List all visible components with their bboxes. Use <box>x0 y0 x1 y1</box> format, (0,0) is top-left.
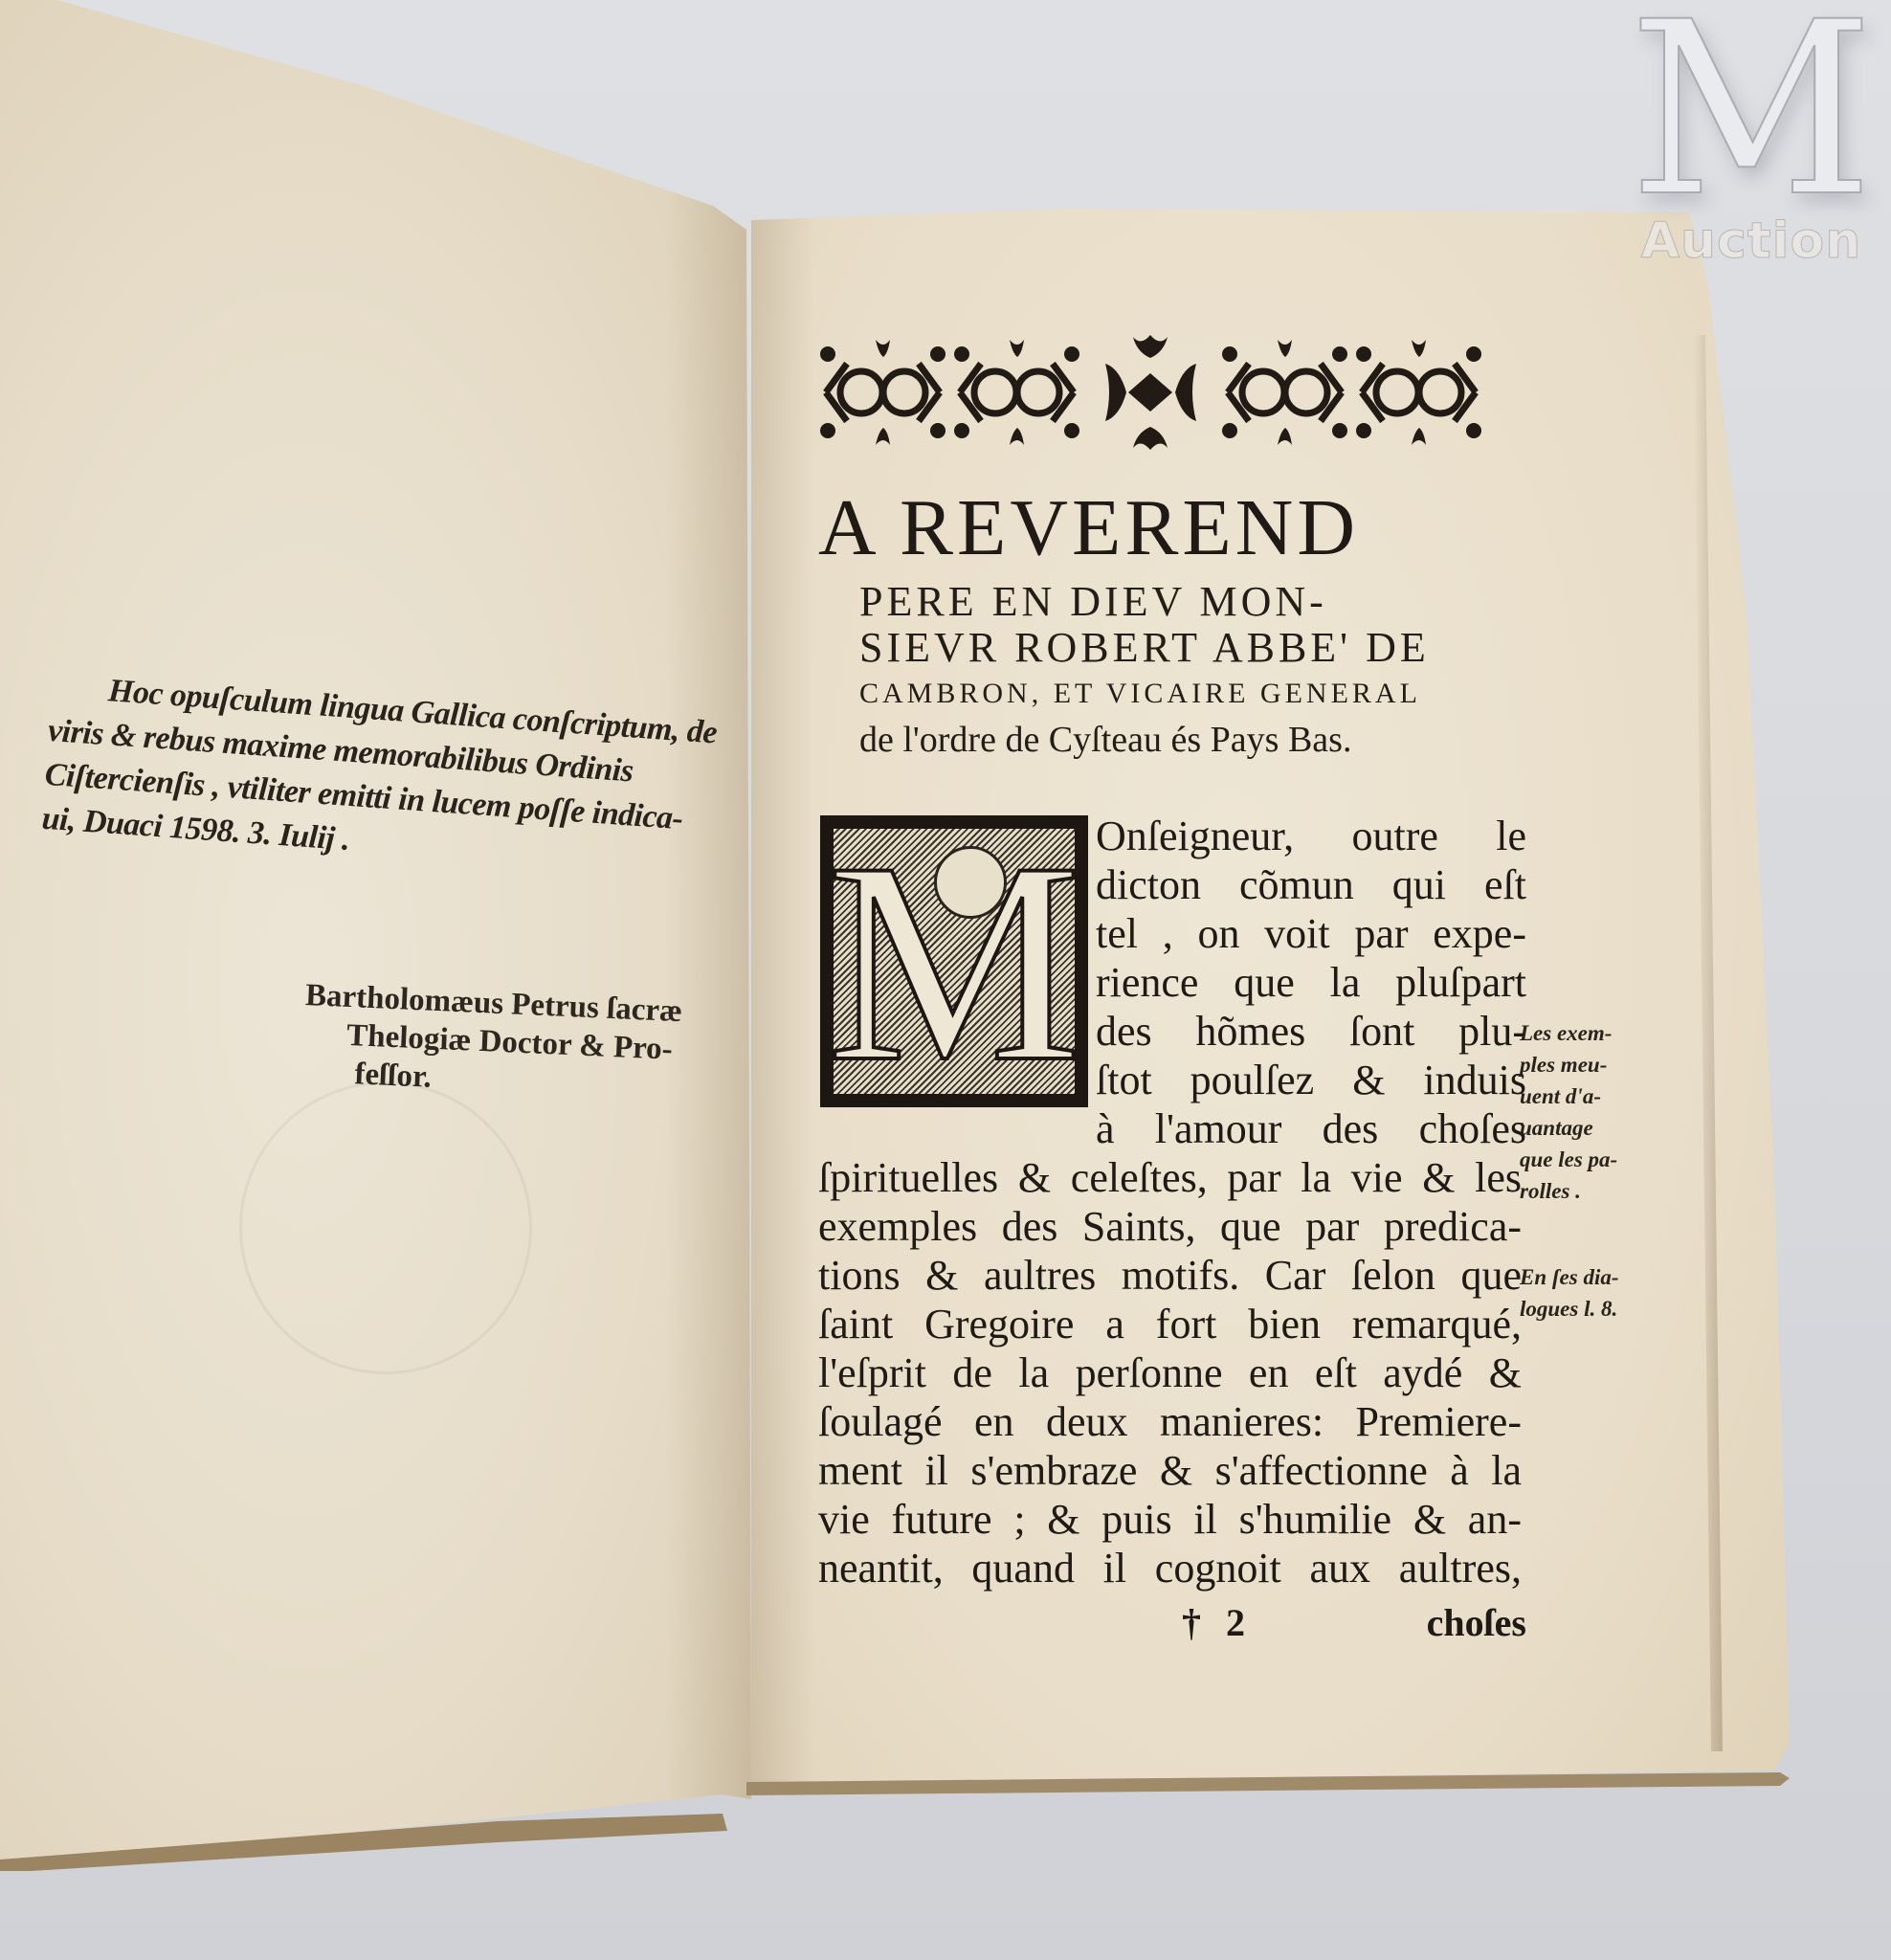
marginal-note: Les exem- ples meu- uent d'a- uantage qu… <box>1520 1017 1617 1207</box>
ornament-icon <box>1354 335 1483 450</box>
subtitle-line: SIEVR ROBERT ABBE' DE <box>859 625 1510 671</box>
photo-scene: Hoc opuſculum lingua Gallica conſcriptum… <box>0 0 1891 1960</box>
watermark-word: Auction <box>1622 212 1880 270</box>
body-line: ſpirituelles & celeſtes, par la vie & le… <box>818 1153 1522 1202</box>
marginal-note-line: ples meu- <box>1520 1049 1617 1080</box>
page-footer: † 2 choſes <box>1182 1600 1526 1645</box>
body-line: rience que la pluſpart <box>1096 958 1526 1007</box>
approbation-signature: Bartholomæus Petrus ſacræ Thelogiæ Docto… <box>301 976 756 1110</box>
marginal-note-line: logues l. 8. <box>1520 1293 1619 1325</box>
body-line: des hõmes ſont plu- <box>1096 1007 1526 1056</box>
body-line: ment il s'embraze & s'affectionne à la <box>818 1446 1522 1495</box>
body-line: neantit, quand il cognoit aux aultres, <box>818 1544 1522 1592</box>
auction-watermark-logo: M Auction <box>1622 10 1880 268</box>
dedication-title: A REVEREND <box>818 488 1359 568</box>
body-line: dicton cõmun qui eſt <box>1096 860 1526 909</box>
body-line: Onſeigneur, outre le <box>1096 812 1526 860</box>
marginal-note-line: uantage <box>1520 1112 1617 1144</box>
ornament-icon <box>1220 335 1349 450</box>
body-line: ſtot poulſez & induis <box>1096 1056 1526 1104</box>
body-text: Onſeigneur, outre le dicton cõmun qui eſ… <box>818 812 1526 1592</box>
marginal-note-line: que les pa- <box>1520 1144 1617 1175</box>
body-line: à l'amour des choſes <box>1096 1104 1526 1153</box>
dedication-subtitle: PERE EN DIEV MON- SIEVR ROBERT ABBE' DE … <box>859 579 1510 763</box>
ornament-center-icon <box>1086 335 1215 450</box>
ornamental-headpiece <box>818 330 1483 455</box>
body-line: exemples des Saints, que par predica- <box>818 1202 1522 1251</box>
subtitle-line: PERE EN DIEV MON- <box>859 579 1510 625</box>
body-line: l'eſprit de la perſonne en eſt aydé & <box>818 1348 1522 1397</box>
ornament-icon <box>818 335 947 450</box>
watermark-letter: M <box>1622 10 1880 211</box>
bleed-through-mark <box>239 1081 532 1374</box>
body-line: tions & aultres motifs. Car ſelon que <box>818 1251 1522 1300</box>
subtitle-line: de l'ordre de Cyſteau és Pays Bas. <box>859 717 1510 763</box>
subtitle-line: CAMBRON, ET VICAIRE GENERAL <box>859 671 1510 717</box>
marginal-note-line: En ſes dia- <box>1520 1261 1619 1293</box>
ornament-icon <box>952 335 1081 450</box>
marginal-note-line: uent d'a- <box>1520 1080 1617 1112</box>
marginal-note-line: Les exem- <box>1520 1017 1617 1049</box>
body-line: tel , on voit par expe- <box>1096 909 1526 958</box>
body-line: vie future ; & puis il s'humilie & an- <box>818 1495 1522 1544</box>
marginal-note: En ſes dia- logues l. 8. <box>1520 1261 1619 1325</box>
body-line: ſaint Gregoire a fort bien remarqué, <box>818 1300 1522 1348</box>
body-line: ſoulagé en deux manieres: Premiere- <box>818 1397 1522 1446</box>
marginal-note-line: rolles . <box>1520 1175 1617 1207</box>
catchword: choſes <box>1427 1600 1526 1645</box>
signature-mark: † 2 <box>1182 1600 1253 1645</box>
